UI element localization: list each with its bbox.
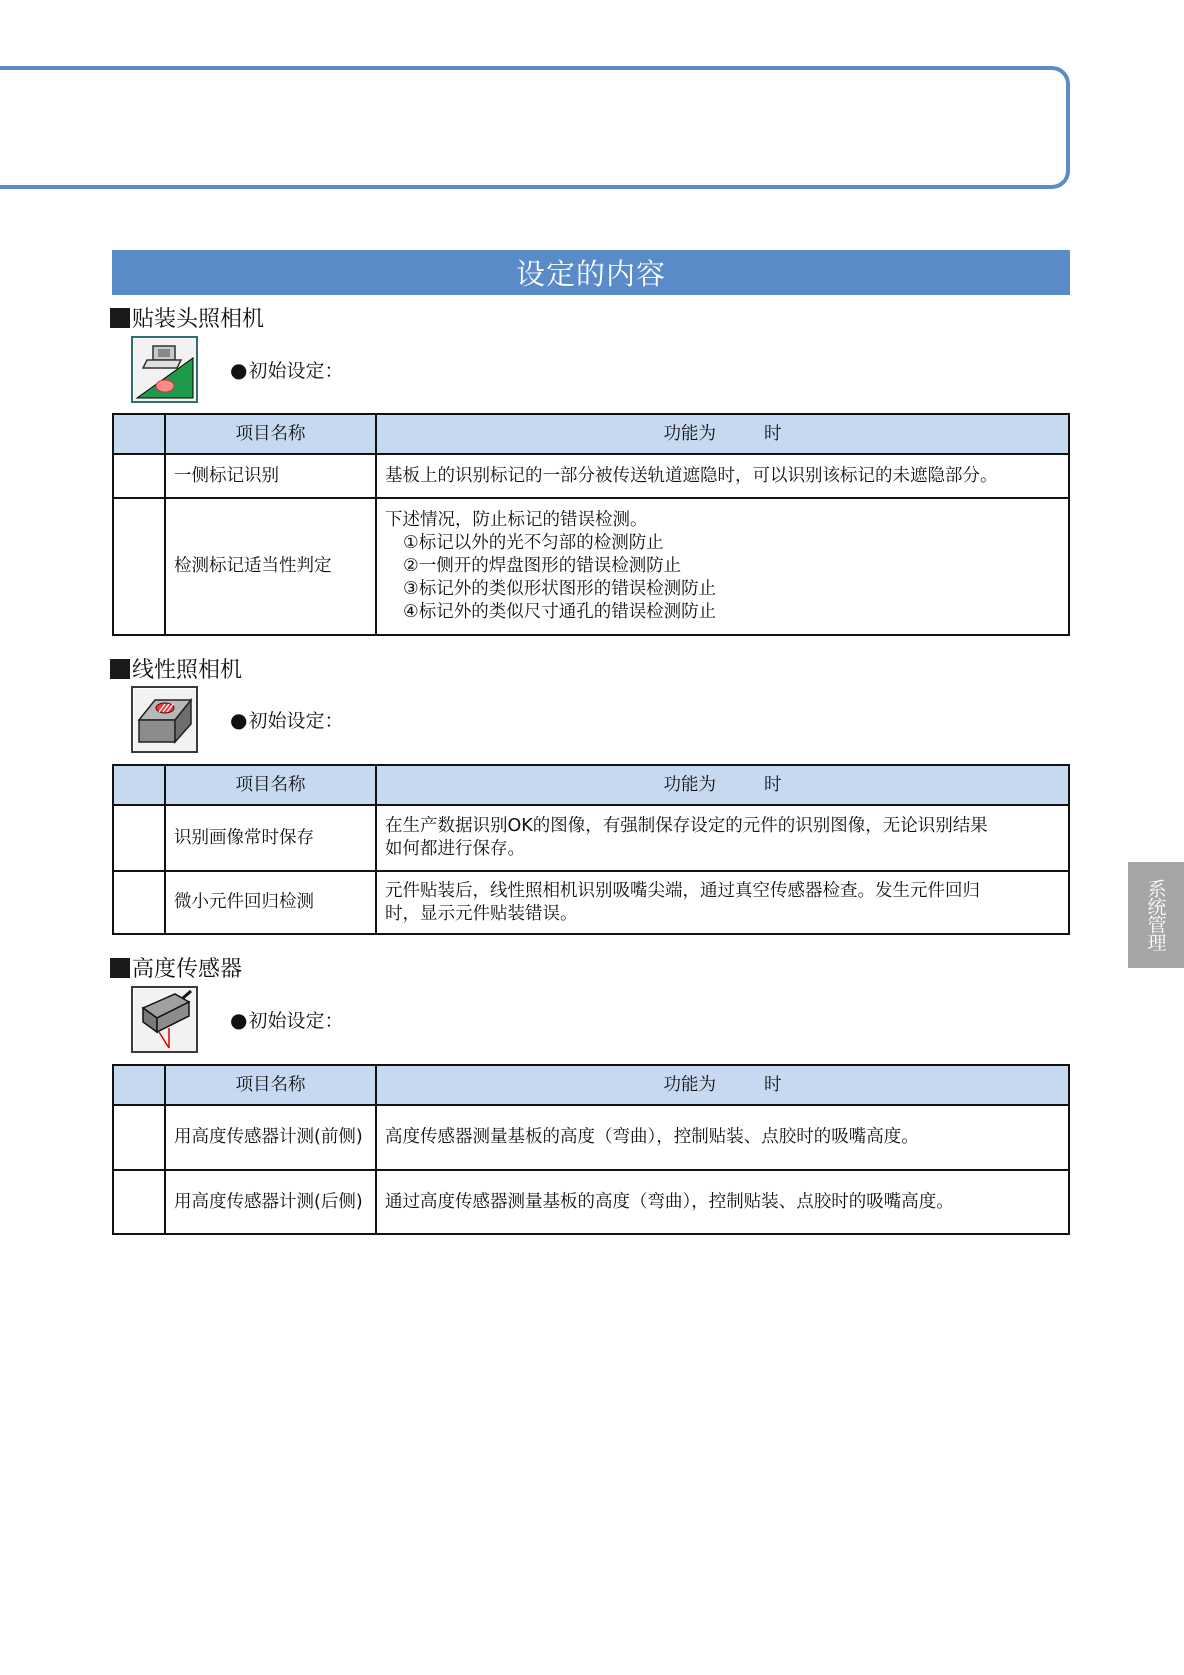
desc-line: 时，显示元件贴装错误。 [385, 903, 1060, 926]
bullet-icon: ● [230, 1008, 247, 1032]
table-row: 一侧标记识别 基板上的识别标记的一部分被传送轨道遮隐时，可以识别该标记的未遮隐部… [113, 454, 1069, 498]
page-title: 设定的内容 [112, 250, 1070, 295]
bullet-icon: ● [230, 358, 247, 382]
header-function-text: 功能为 [664, 423, 717, 446]
column-header-no [113, 1065, 165, 1105]
column-header-no [113, 414, 165, 454]
initial-setting-label: ●初始设定： [230, 706, 343, 733]
row-number [113, 805, 165, 871]
header-time-text: 时 [764, 1074, 782, 1097]
section-heading-mount-head-camera: 贴装头照相机 [110, 302, 264, 333]
column-header-item-name: 项目名称 [165, 765, 376, 805]
mount-head-camera-icon[interactable] [131, 336, 198, 403]
column-header-item-name: 项目名称 [165, 1065, 376, 1105]
square-bullet-icon [110, 659, 130, 679]
header-function-text: 功能为 [664, 1074, 717, 1097]
table-row: 用高度传感器计测(后侧) 通过高度传感器测量基板的高度（弯曲），控制贴装、点胶时… [113, 1170, 1069, 1234]
side-tab-label: 系统管理 [1143, 879, 1170, 951]
desc-line: ①标记以外的光不匀部的检测防止 [385, 532, 1060, 555]
desc-line: 高度传感器测量基板的高度（弯曲），控制贴装、点胶时的吸嘴高度。 [385, 1127, 919, 1147]
initial-setting-text: 初始设定： [248, 1006, 343, 1033]
square-bullet-icon [110, 958, 130, 978]
item-name: 识别画像常时保存 [165, 805, 376, 871]
item-name: 微小元件回归检测 [165, 871, 376, 934]
desc-line: 如何都进行保存。 [385, 838, 1060, 861]
item-description: 高度传感器测量基板的高度（弯曲），控制贴装、点胶时的吸嘴高度。 [376, 1105, 1069, 1170]
header-function-text: 功能为 [664, 774, 717, 797]
item-name: 用高度传感器计测(前侧) [165, 1105, 376, 1170]
table-header-row: 项目名称 功能为时 [113, 765, 1069, 805]
header-time-text: 时 [764, 774, 782, 797]
settings-table-line-camera: 项目名称 功能为时 识别画像常时保存 在生产数据识别OK的图像，有强制保存设定的… [112, 764, 1070, 935]
column-header-item-name: 项目名称 [165, 414, 376, 454]
desc-line: 元件贴装后，线性照相机识别吸嘴尖端，通过真空传感器检查。发生元件回归 [385, 880, 1060, 903]
section-heading-line-camera: 线性照相机 [110, 653, 242, 684]
height-sensor-icon[interactable] [131, 986, 198, 1053]
column-header-function: 功能为时 [376, 414, 1069, 454]
section-title: 高度传感器 [132, 952, 242, 983]
side-tab-system-management[interactable]: 系统管理 [1128, 862, 1184, 968]
desc-line: 通过高度传感器测量基板的高度（弯曲），控制贴装、点胶时的吸嘴高度。 [385, 1192, 954, 1212]
item-description: 基板上的识别标记的一部分被传送轨道遮隐时，可以识别该标记的未遮隐部分。 [376, 454, 1069, 498]
desc-line: ③标记外的类似形状图形的错误检测防止 [385, 578, 1060, 601]
table-header-row: 项目名称 功能为时 [113, 414, 1069, 454]
desc-line: 基板上的识别标记的一部分被传送轨道遮隐时，可以识别该标记的未遮隐部分。 [385, 466, 998, 486]
row-number [113, 871, 165, 934]
settings-table-height-sensor: 项目名称 功能为时 用高度传感器计测(前侧) 高度传感器测量基板的高度（弯曲），… [112, 1064, 1070, 1235]
desc-line: ④标记外的类似尺寸通孔的错误检测防止 [385, 601, 1060, 624]
column-header-function: 功能为时 [376, 1065, 1069, 1105]
column-header-no [113, 765, 165, 805]
item-description: 元件贴装后，线性照相机识别吸嘴尖端，通过真空传感器检查。发生元件回归 时，显示元… [376, 871, 1069, 934]
section-title: 贴装头照相机 [132, 302, 264, 333]
desc-line: 下述情况，防止标记的错误检测。 [385, 509, 1060, 532]
bullet-icon: ● [230, 708, 247, 732]
table-row: 识别画像常时保存 在生产数据识别OK的图像，有强制保存设定的元件的识别图像，无论… [113, 805, 1069, 871]
item-name: 用高度传感器计测(后侧) [165, 1170, 376, 1234]
desc-line: 在生产数据识别OK的图像，有强制保存设定的元件的识别图像，无论识别结果 [385, 815, 1060, 838]
table-header-row: 项目名称 功能为时 [113, 1065, 1069, 1105]
column-header-function: 功能为时 [376, 765, 1069, 805]
row-number [113, 498, 165, 635]
line-camera-icon[interactable] [131, 686, 198, 753]
table-row: 微小元件回归检测 元件贴装后，线性照相机识别吸嘴尖端，通过真空传感器检查。发生元… [113, 871, 1069, 934]
header-frame [0, 66, 1070, 189]
item-description: 通过高度传感器测量基板的高度（弯曲），控制贴装、点胶时的吸嘴高度。 [376, 1170, 1069, 1234]
table-row: 检测标记适当性判定 下述情况，防止标记的错误检测。 ①标记以外的光不匀部的检测防… [113, 498, 1069, 635]
settings-table-mount-head-camera: 项目名称 功能为时 一侧标记识别 基板上的识别标记的一部分被传送轨道遮隐时，可以… [112, 413, 1070, 636]
row-number [113, 1105, 165, 1170]
row-number [113, 454, 165, 498]
page-title-text: 设定的内容 [516, 252, 666, 293]
initial-setting-label: ●初始设定： [230, 1006, 343, 1033]
desc-line: ②一侧开的焊盘图形的错误检测防止 [385, 555, 1060, 578]
item-name: 检测标记适当性判定 [165, 498, 376, 635]
item-description: 下述情况，防止标记的错误检测。 ①标记以外的光不匀部的检测防止 ②一侧开的焊盘图… [376, 498, 1069, 635]
section-title: 线性照相机 [132, 653, 242, 684]
initial-setting-text: 初始设定： [248, 356, 343, 383]
section-heading-height-sensor: 高度传感器 [110, 952, 242, 983]
item-description: 在生产数据识别OK的图像，有强制保存设定的元件的识别图像，无论识别结果 如何都进… [376, 805, 1069, 871]
row-number [113, 1170, 165, 1234]
square-bullet-icon [110, 308, 130, 328]
initial-setting-label: ●初始设定： [230, 356, 343, 383]
table-row: 用高度传感器计测(前侧) 高度传感器测量基板的高度（弯曲），控制贴装、点胶时的吸… [113, 1105, 1069, 1170]
initial-setting-text: 初始设定： [248, 706, 343, 733]
item-name: 一侧标记识别 [165, 454, 376, 498]
header-time-text: 时 [764, 423, 782, 446]
